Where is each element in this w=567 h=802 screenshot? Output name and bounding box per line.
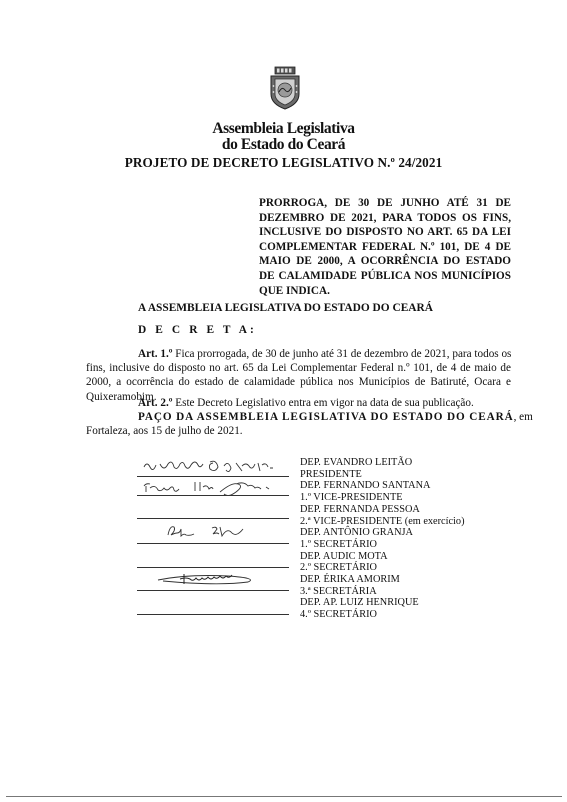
org-name-line1: Assembleia Legislativa [0, 120, 567, 137]
signature-line [137, 518, 289, 519]
signature-line [137, 590, 289, 591]
ementa-line: PRORROGA, DE 30 DE JUNHO ATÉ 31 DE [259, 196, 511, 211]
ementa-line: QUE INDICA. [259, 284, 511, 299]
ementa-line: INCLUSIVE DO DISPOSTO NO ART. 65 DA LEI [259, 225, 511, 240]
signer-name: DEP. FERNANDO SANTANA [300, 480, 465, 492]
closing-bold: PAÇO DA ASSEMBLEIA LEGISLATIVA DO ESTADO… [138, 411, 514, 423]
ementa: PRORROGA, DE 30 DE JUNHO ATÉ 31 DE DEZEM… [259, 196, 511, 298]
signer-role: 2.ª VICE-PRESIDENTE (em exercício) [300, 516, 465, 528]
signer-name: DEP. AP. LUIZ HENRIQUE [300, 597, 465, 609]
signer-name: DEP. EVANDRO LEITÃO [300, 457, 465, 469]
enacting-clause: A ASSEMBLEIA LEGISLATIVA DO ESTADO DO CE… [138, 302, 433, 314]
signature-line [137, 614, 289, 615]
ementa-line: MAIO DE 2000, A OCORRÊNCIA DO ESTADO [259, 254, 511, 269]
signer-name: DEP. AUDIC MOTA [300, 551, 465, 563]
signature-line [137, 567, 289, 568]
article-1-text: 2000, a ocorrência do estado de calamida… [86, 375, 511, 389]
ementa-line: COMPLEMENTAR FEDERAL N.º 101, DE 4 DE [259, 240, 511, 255]
closing-suffix: , em [514, 411, 533, 423]
signature-evandro-leitao [140, 458, 288, 476]
signature-antonio-granja [140, 523, 288, 541]
coat-of-arms-icon [268, 66, 302, 110]
decreta-heading: D E C R E T A: [138, 324, 257, 336]
signer-role: 1.º SECRETÁRIO [300, 539, 465, 551]
org-name-line2: do Estado do Ceará [0, 136, 567, 153]
article-2-text: Este Decreto Legislativo entra em vigor … [175, 397, 474, 409]
article-1-text: fins, inclusive do disposto no art. 65 d… [86, 361, 511, 375]
signer-name: DEP. ÉRIKA AMORIM [300, 574, 465, 586]
article-2-label: Art. 2.º [138, 397, 172, 409]
signer-role: 3.ª SECRETÁRIA [300, 586, 465, 598]
signature-line [137, 543, 289, 544]
closing-paragraph: PAÇO DA ASSEMBLEIA LEGISLATIVA DO ESTADO… [86, 410, 511, 438]
signature-line [137, 476, 289, 477]
signer-name: DEP. ANTÔNIO GRANJA [300, 527, 465, 539]
signers-list: DEP. EVANDRO LEITÃO PRESIDENTE DEP. FERN… [300, 457, 465, 621]
article-1-label: Art. 1.º [138, 348, 172, 360]
document-title: PROJETO DE DECRETO LEGISLATIVO N.º 24/20… [0, 155, 567, 171]
signer-role: 1.º VICE-PRESIDENTE [300, 492, 465, 504]
signer-role: 4.º SECRETÁRIO [300, 609, 465, 621]
article-1-text: Fica prorrogada, de 30 de junho até 31 d… [175, 348, 511, 360]
signature-fernando-santana [140, 478, 288, 496]
article-2: Art. 2.º Este Decreto Legislativo entra … [138, 396, 474, 410]
closing-date: Fortaleza, aos 15 de julho de 2021. [86, 424, 511, 438]
ementa-line: DE CALAMIDADE PÚBLICA NOS MUNICÍPIOS [259, 269, 511, 284]
signer-role: 2.º SECRETÁRIO [300, 562, 465, 574]
signer-role: PRESIDENTE [300, 469, 465, 481]
page-bottom-rule [6, 796, 562, 797]
signature-erika-amorim [140, 570, 288, 588]
signer-name: DEP. FERNANDA PESSOA [300, 504, 465, 516]
ementa-line: DEZEMBRO DE 2021, PARA TODOS OS FINS, [259, 211, 511, 226]
